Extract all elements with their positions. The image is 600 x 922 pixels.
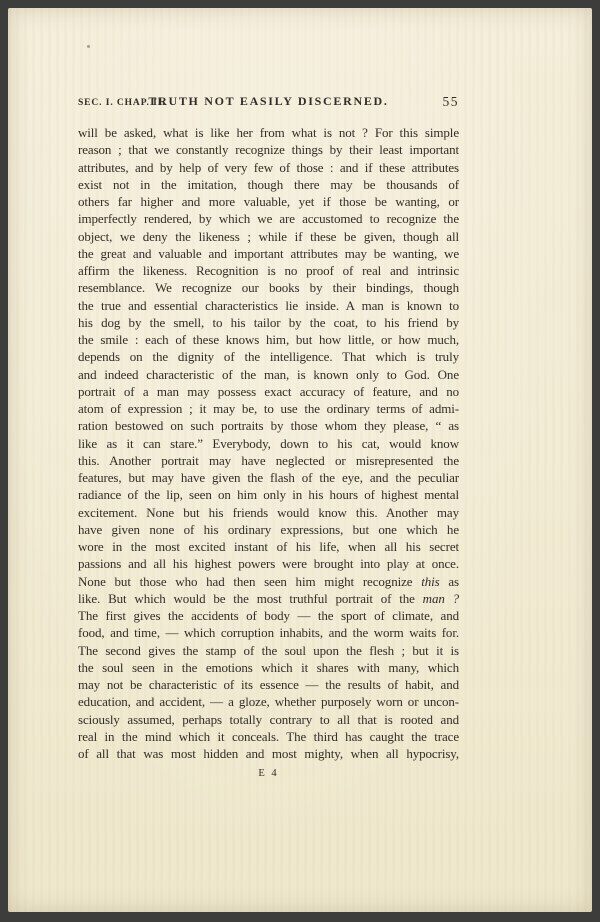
paper-speck	[87, 45, 90, 48]
text-line: like. But which would be the most truthf…	[78, 590, 459, 607]
text-line: of all that was most hidden and most mig…	[78, 745, 459, 762]
text-line: sciously assumed, perhaps totally contra…	[78, 711, 459, 728]
text-line: attributes, and by help of very few of t…	[78, 159, 459, 176]
signature-mark: E 4	[78, 768, 459, 779]
text-line: ration bestowed on such portraits by tho…	[78, 417, 459, 434]
text-line: reason ; that we constantly recognize th…	[78, 141, 459, 158]
text-line: have given none of his ordinary expressi…	[78, 521, 459, 538]
text-line: may not be characteristic of its essence…	[78, 676, 459, 693]
text-line: and indeed characteristic of the man, is…	[78, 366, 459, 383]
text-line: education, and accident, — a gloze, whet…	[78, 693, 459, 710]
text-line: affirm the likeness. Recognition is no p…	[78, 262, 459, 279]
text-line: passions and all his highest powers were…	[78, 555, 459, 572]
text-line: object, we deny the likeness ; while if …	[78, 228, 459, 245]
text-line: exist not in the imitation, though there…	[78, 176, 459, 193]
text-line: real in the mind which it conceals. The …	[78, 728, 459, 745]
page-number: 55	[443, 94, 460, 110]
text-line: excitement. None but his friends would k…	[78, 504, 459, 521]
text-line: the soul seen in the emotions which it s…	[78, 659, 459, 676]
text-line: like as it can stare.” Everybody, down t…	[78, 435, 459, 452]
text-line: depends on the dignity of the intelligen…	[78, 348, 459, 365]
text-line: The first gives the accidents of body — …	[78, 607, 459, 624]
text-line: wore in the most excited instant of his …	[78, 538, 459, 555]
book-page: SEC. I. CHAP. II. TRUTH NOT EASILY DISCE…	[8, 8, 592, 912]
text-line: radiance of the lip, seen on him only in…	[78, 486, 459, 503]
text-line: features, but may have given the flash o…	[78, 469, 459, 486]
text-line: resemblance. We recognize our books by t…	[78, 279, 459, 296]
text-line: the great and valuable and important att…	[78, 245, 459, 262]
text-line: imperfectly rendered, by which we are ac…	[78, 210, 459, 227]
page-header: SEC. I. CHAP. II. TRUTH NOT EASILY DISCE…	[78, 92, 459, 108]
text-line: the true and essential characteristics l…	[78, 297, 459, 314]
text-line: will be asked, what is like her from wha…	[78, 124, 459, 141]
text-line: None but those who had then seen him mig…	[78, 573, 459, 590]
text-line: atom of expression ; it may be, to use t…	[78, 400, 459, 417]
body-text: will be asked, what is like her from wha…	[78, 124, 459, 762]
text-line: his dog by the smell, to his tailor by t…	[78, 314, 459, 331]
text-line: this. Another portrait may have neglecte…	[78, 452, 459, 469]
running-head-title: TRUTH NOT EASILY DISCERNED.	[148, 94, 388, 109]
text-line: portrait of a man may possess exact accu…	[78, 383, 459, 400]
text-line: food, and time, — which corruption inhab…	[78, 624, 459, 641]
scanned-book-page: { "colors": { "paper": "#f2ecd5", "ink":…	[0, 0, 600, 922]
text-line: The second gives the stamp of the soul u…	[78, 642, 459, 659]
text-line: the smile : each of these knows him, but…	[78, 331, 459, 348]
text-line: others far higher and more valuable, yet…	[78, 193, 459, 210]
